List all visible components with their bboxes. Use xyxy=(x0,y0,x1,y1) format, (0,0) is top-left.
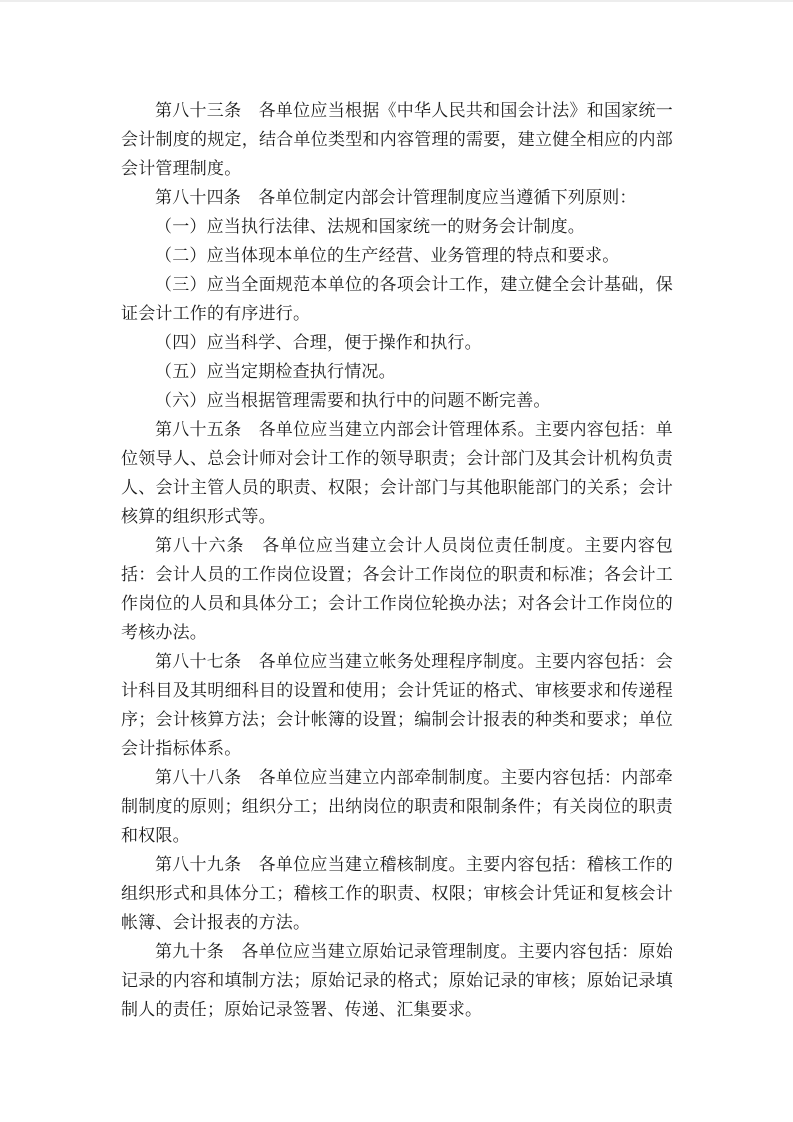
paragraph-article-84-item-3: （三）应当全面规范本单位的各项会计工作，建立健全会计基础，保证会计工作的有序进行… xyxy=(121,270,673,328)
paragraph-article-89: 第八十九条 各单位应当建立稽核制度。主要内容包括：稽核工作的组织形式和具体分工；… xyxy=(121,850,673,937)
paragraph-article-83: 第八十三条 各单位应当根据《中华人民共和国会计法》和国家统一会计制度的规定，结合… xyxy=(121,96,673,183)
document-page: 第八十三条 各单位应当根据《中华人民共和国会计法》和国家统一会计制度的规定，结合… xyxy=(0,0,793,1122)
paragraph-article-85: 第八十五条 各单位应当建立内部会计管理体系。主要内容包括：单位领导人、总会计师对… xyxy=(121,415,673,531)
paragraph-article-84-item-4: （四）应当科学、合理，便于操作和执行。 xyxy=(121,328,673,357)
paragraph-article-84-item-1: （一）应当执行法律、法规和国家统一的财务会计制度。 xyxy=(121,212,673,241)
paragraph-article-84-item-6: （六）应当根据管理需要和执行中的问题不断完善。 xyxy=(121,386,673,415)
paragraph-article-90: 第九十条 各单位应当建立原始记录管理制度。主要内容包括：原始记录的内容和填制方法… xyxy=(121,937,673,1024)
paragraph-article-87: 第八十七条 各单位应当建立帐务处理程序制度。主要内容包括：会计科目及其明细科目的… xyxy=(121,647,673,763)
paragraph-article-88: 第八十八条 各单位应当建立内部牵制制度。主要内容包括：内部牵制制度的原则；组织分… xyxy=(121,763,673,850)
paragraph-article-84-item-5: （五）应当定期检查执行情况。 xyxy=(121,357,673,386)
paragraph-article-84-item-2: （二）应当体现本单位的生产经营、业务管理的特点和要求。 xyxy=(121,241,673,270)
paragraph-article-86: 第八十六条 各单位应当建立会计人员岗位责任制度。主要内容包括：会计人员的工作岗位… xyxy=(121,531,673,647)
scan-edge-line xyxy=(0,0,793,2)
paragraph-article-84: 第八十四条 各单位制定内部会计管理制度应当遵循下列原则： xyxy=(121,183,673,212)
document-body: 第八十三条 各单位应当根据《中华人民共和国会计法》和国家统一会计制度的规定，结合… xyxy=(121,96,673,1024)
